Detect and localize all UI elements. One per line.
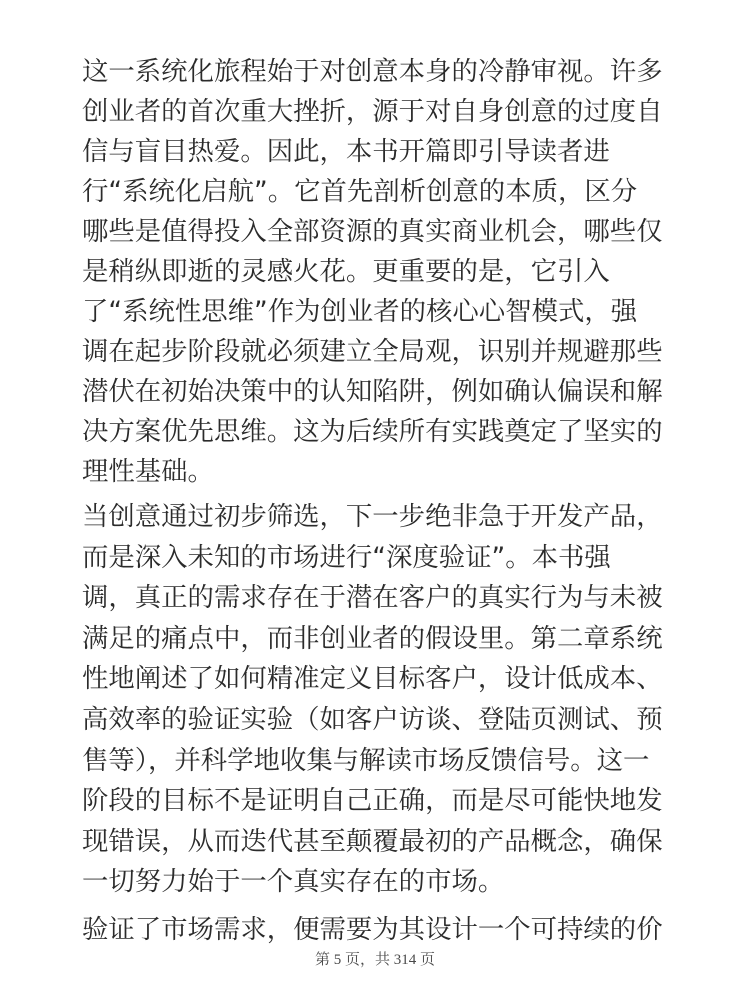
text-line: 当创意通过初步筛选，下一步绝非急于开发产品， — [82, 497, 682, 538]
text-line: 满足的痛点中，而非创业者的假设里。第二章系统 — [82, 619, 682, 660]
paragraph-system-launch: 这一系统化旅程始于对创意本身的冷静审视。许多 创业者的首次重大挫折，源于对自身创… — [82, 52, 682, 492]
text-line: 了“系统性思维”作为创业者的核心心智模式，强 — [82, 292, 682, 332]
text-line: 是稍纵即逝的灵感火花。更重要的是，它引入 — [82, 252, 682, 292]
text-line: 现错误，从而迭代甚至颠覆最初的产品概念，确保 — [82, 822, 682, 863]
text-line: 创业者的首次重大挫折，源于对自身创意的过度自 — [82, 92, 682, 132]
text-line: 而是深入未知的市场进行“深度验证”。本书强 — [82, 538, 682, 579]
text-line: 决方案优先思维。这为后续所有实践奠定了坚实的 — [82, 412, 682, 452]
text-line: 潜伏在初始决策中的认知陷阱，例如确认偏误和解 — [82, 372, 682, 412]
paragraph-value-design: 验证了市场需求，便需要为其设计一个可持续的价 — [82, 910, 682, 950]
text-line: 这一系统化旅程始于对创意本身的冷静审视。许多 — [82, 52, 682, 92]
text-line: 哪些是值得投入全部资源的真实商业机会，哪些仅 — [82, 212, 682, 252]
text-line: 调在起步阶段就必须建立全局观，识别并规避那些 — [82, 332, 682, 372]
text-line: 理性基础。 — [82, 452, 682, 492]
text-line: 信与盲目热爱。因此，本书开篇即引导读者进 — [82, 132, 682, 172]
text-line: 高效率的验证实验（如客户访谈、登陆页测试、预 — [82, 700, 682, 741]
document-page: 这一系统化旅程始于对创意本身的冷静审视。许多 创业者的首次重大挫折，源于对自身创… — [0, 0, 750, 1000]
text-line: 一切努力始于一个真实存在的市场。 — [82, 862, 682, 903]
paragraph-market-validation: 当创意通过初步筛选，下一步绝非急于开发产品， 而是深入未知的市场进行“深度验证”… — [82, 497, 682, 903]
text-line: 性地阐述了如何精准定义目标客户，设计低成本、 — [82, 659, 682, 700]
text-line: 验证了市场需求，便需要为其设计一个可持续的价 — [82, 910, 682, 950]
text-line: 阶段的目标不是证明自己正确，而是尽可能快地发 — [82, 781, 682, 822]
text-line: 行“系统化启航”。它首先剖析创意的本质，区分 — [82, 172, 682, 212]
text-line: 售等），并科学地收集与解读市场反馈信号。这一 — [82, 741, 682, 782]
page-number-footer: 第 5 页，共 314 页 — [0, 950, 750, 970]
text-line: 调，真正的需求存在于潜在客户的真实行为与未被 — [82, 578, 682, 619]
